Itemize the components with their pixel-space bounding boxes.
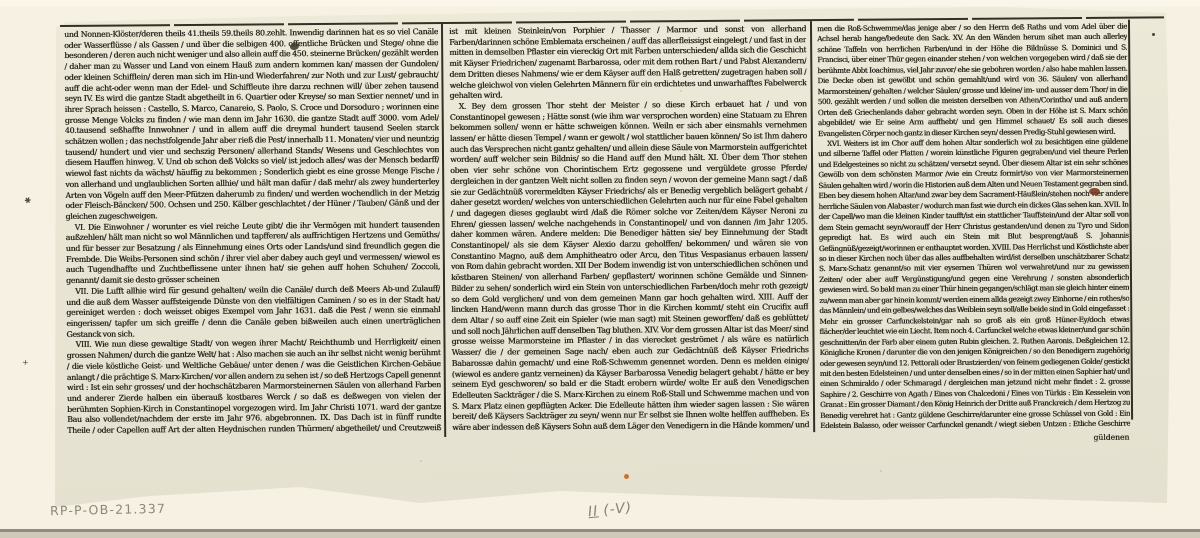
inventory-number-annotation: RP-P-OB-21.337 xyxy=(50,501,166,518)
column-paragraph: men die Roß-Schwemme/das jenige aber / s… xyxy=(817,22,1128,139)
page-mark-roman-numeral: II xyxy=(587,503,599,520)
column-paragraph: VIII. Wie nun diese gewaltige Stadt/ von… xyxy=(66,337,441,435)
page-mark-suffix: (-V) xyxy=(602,500,633,519)
column-paragraph: und Nonnen-Klöster/deren theils 41.theil… xyxy=(64,27,440,223)
column-paragraph: X. Bey dem grossen Thor steht der Meiste… xyxy=(450,99,810,434)
orange-foxing-spot xyxy=(624,474,629,479)
text-column-2: ist mit kleinen Steinlein/von Porphier /… xyxy=(449,24,809,434)
small-dark-spot xyxy=(1152,33,1155,36)
margin-mark-lower: + xyxy=(21,359,29,368)
column-paragraph: ist mit kleinen Steinlein/von Porphier /… xyxy=(449,24,807,102)
page-scan: und Nonnen-Klöster/deren theils 41.theil… xyxy=(0,0,1200,538)
mount-bottom-edge-strip xyxy=(0,532,1200,538)
column-paragraph: VII. Die Lufft allhie wird für gesund ge… xyxy=(66,284,440,340)
column-divider-rule-2 xyxy=(810,21,815,432)
catchword: güldenen xyxy=(1003,433,1129,443)
text-column-3: men die Roß-Schwemme/das jenige aber / s… xyxy=(817,22,1130,430)
red-brown-stain xyxy=(1089,188,1100,195)
text-column-1: und Nonnen-Klöster/deren theils 41.theil… xyxy=(64,27,441,435)
column-divider-rule-1 xyxy=(441,24,446,437)
print-area: und Nonnen-Klöster/deren theils 41.theil… xyxy=(0,0,1200,538)
column-paragraph: XVI. Weiters ist im Chor auff dem hohen … xyxy=(818,137,1130,430)
column-paragraph: VI. Die Einwohner / worunter es viel rei… xyxy=(66,220,440,287)
